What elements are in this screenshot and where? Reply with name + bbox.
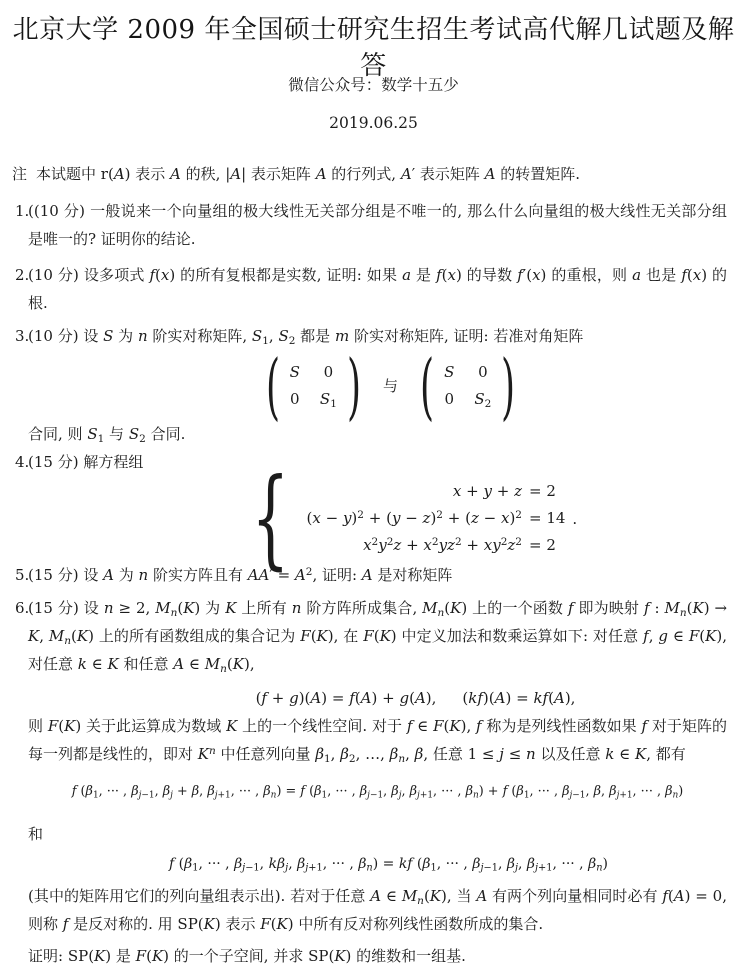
problem-number: 1.: [15, 197, 29, 225]
problem-text: ((10 分) 一般说来一个向量组的极大线性无关部分组是不唯一的, 那么什么向量…: [28, 202, 727, 248]
problem-text-continued: (其中的矩阵用它们的列向量组表示出). 若对于任意 A ∈ Mn(K), 当 A…: [28, 882, 727, 938]
problem-4: 4. (15 分) 解方程组 { x + y + z = 2 (x − y)2 …: [28, 448, 727, 559]
problem-1: 1. ((10 分) 一般说来一个向量组的极大线性无关部分组是不唯一的, 那么什…: [28, 197, 727, 253]
problem-number: 5.: [15, 561, 29, 589]
problem-2: 2. (10 分) 设多项式 f(x) 的所有复根都是实数, 证明: 如果 a …: [28, 261, 727, 317]
problem-number: 3.: [15, 322, 29, 350]
left-paren: (: [420, 354, 434, 418]
connector-text: 和: [28, 820, 727, 848]
column-linearity-formula-display: f (β1, ··· , βj−1, βj + β, βj+1, ··· , β…: [28, 778, 727, 806]
matrix-display: ( S 0 0 S1 ) 与 ( S 0 0 S2 ): [28, 354, 727, 418]
matrix-cell: 0: [444, 386, 454, 413]
equation-system-display: { x + y + z = 2 (x − y)2 + (y − z)2 + (z…: [28, 478, 727, 559]
exam-document-page: 北京大学 2009 年全国硕士研究生招生考试高代解几试题及解答 微信公众号：数学…: [0, 0, 747, 979]
publish-date: 2019.06.25: [0, 109, 747, 137]
matrix-cell: S2: [474, 386, 491, 413]
equation-lhs: (x − y)2 + (y − z)2 + (z − x)2: [307, 505, 522, 532]
notation-note: 注本试题中 r(A) 表示 A 的秩, |A| 表示矩阵 A 的行列式, A′ …: [12, 160, 727, 188]
matrix-cell: S1: [320, 386, 337, 413]
note-text: 本试题中 r(A) 表示 A 的秩, |A| 表示矩阵 A 的行列式, A′ 表…: [36, 165, 580, 183]
matrix-cell: 0: [290, 386, 300, 413]
problem-text: (15 分) 设 n ≥ 2, Mn(K) 为 K 上所有 n 阶方阵所成集合,…: [28, 599, 727, 673]
matrix-cell: 0: [474, 359, 491, 386]
proof-request-text: 证明: SP(K) 是 F(K) 的一个子空间, 并求 SP(K) 的维数和一组…: [28, 942, 727, 970]
problem-6: 6. (15 分) 设 n ≥ 2, Mn(K) 为 K 上所有 n 阶方阵所成…: [28, 594, 727, 970]
left-paren: (: [266, 354, 280, 418]
note-label: 注: [12, 165, 27, 183]
equation-rhs: = 2: [529, 478, 565, 505]
problem-3: 3. (10 分) 设 S 为 n 阶实对称矩阵, S1, S2 都是 m 阶实…: [28, 322, 727, 448]
problem-text: (10 分) 设 S 为 n 阶实对称矩阵, S1, S2 都是 m 阶实对称矩…: [28, 327, 583, 345]
problem-text-continued: 合同, 则 S1 与 S2 合同.: [28, 420, 727, 448]
conjunction-text: 与: [383, 372, 398, 400]
problem-5: 5. (15 分) 设 A 为 n 阶实方阵且有 AA′ = A2, 证明: A…: [28, 561, 727, 589]
problem-text: (15 分) 解方程组: [28, 453, 143, 471]
equation-rhs: = 2: [529, 532, 565, 559]
matrix-right: S 0 0 S2: [444, 359, 491, 413]
problem-text-continued: 则 F(K) 关于此运算成为数域 K 上的一个线性空间. 对于 f ∈ F(K)…: [28, 712, 727, 768]
right-paren: ): [501, 354, 515, 418]
matrix-cell: S: [290, 359, 300, 386]
right-paren: ): [347, 354, 361, 418]
matrix-cell: 0: [320, 359, 337, 386]
equation-rows: x + y + z = 2 (x − y)2 + (y − z)2 + (z −…: [307, 478, 566, 559]
problem-number: 6.: [15, 594, 29, 622]
equation-lhs: x + y + z: [307, 478, 522, 505]
problem-number: 2.: [15, 261, 29, 289]
scalar-linearity-formula-display: f (β1, ··· , βj−1, kβj, βj+1, ··· , βn) …: [28, 850, 727, 878]
matrix-left: S 0 0 S1: [290, 359, 337, 413]
problem-text: (15 分) 设 A 为 n 阶实方阵且有 AA′ = A2, 证明: A 是对…: [28, 566, 452, 584]
matrix-cell: S: [444, 359, 454, 386]
equation-lhs: x2y2z + x2yz2 + xy2z2: [307, 532, 522, 559]
sentence-period: .: [572, 505, 577, 533]
problem-number: 4.: [15, 448, 29, 476]
equation-rhs: = 14: [529, 505, 565, 532]
problem-text: (10 分) 设多项式 f(x) 的所有复根都是实数, 证明: 如果 a 是 f…: [28, 266, 727, 312]
operations-formula-display: (f + g)(A) = f(A) + g(A),(kf)(A) = kf(A)…: [28, 684, 727, 712]
left-brace: {: [251, 478, 289, 559]
wechat-account-subtitle: 微信公众号：数学十五少: [0, 71, 747, 99]
